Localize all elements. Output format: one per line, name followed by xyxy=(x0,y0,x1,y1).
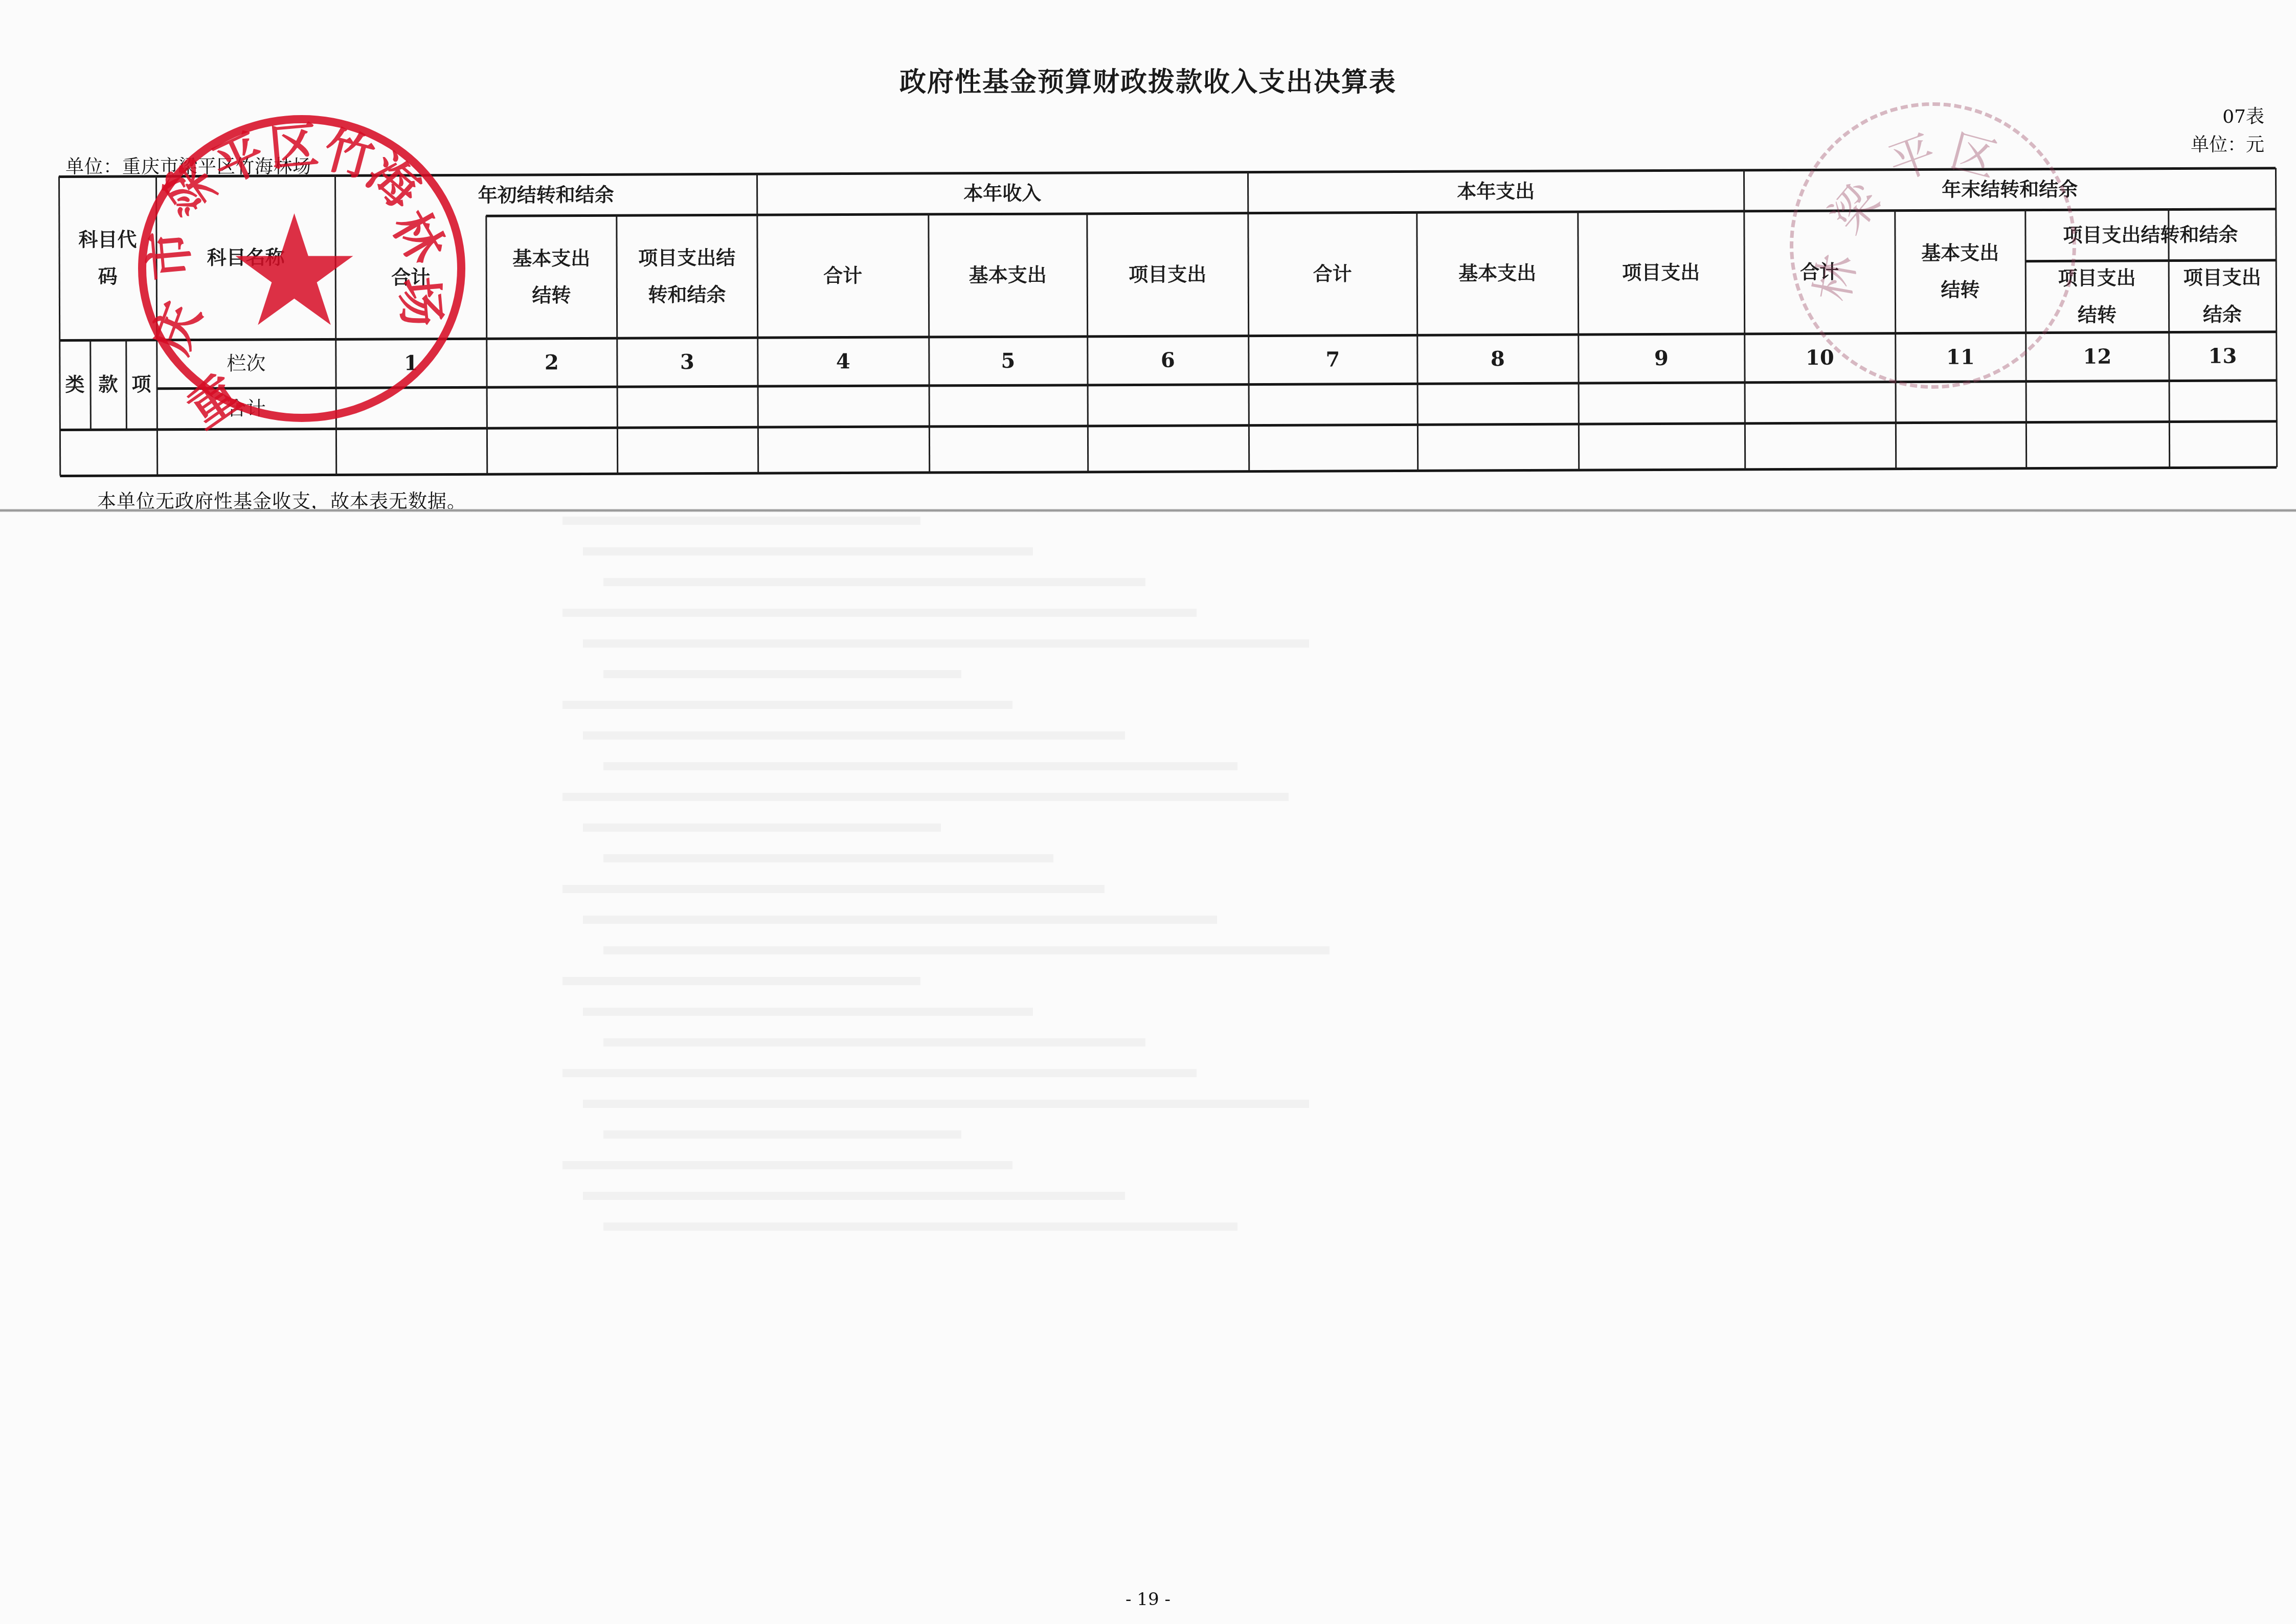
bleed-through-row xyxy=(583,916,1217,924)
column-index-10: 10 xyxy=(1744,333,1895,382)
bleed-through-row xyxy=(603,1130,961,1139)
bleed-through-row xyxy=(603,670,961,678)
group-header-2: 本年收入 xyxy=(757,172,1248,215)
group-header-1: 年初结转和结余 xyxy=(335,174,757,216)
column-header-9: 项目支出 xyxy=(1578,211,1744,334)
bleed-through-row xyxy=(562,885,1105,893)
bleed-through-row xyxy=(562,793,1289,801)
bleed-through-row xyxy=(583,639,1309,648)
bleed-through-row xyxy=(583,547,1033,555)
bleed-through-row xyxy=(562,1161,1012,1169)
table-rule xyxy=(60,466,2277,477)
column-header-2: 基本支出结转 xyxy=(486,215,617,339)
column-index-3: 3 xyxy=(617,338,757,387)
column-header-10: 合计 xyxy=(1744,210,1895,333)
column-index-11: 11 xyxy=(1895,332,2025,382)
column-index-2: 2 xyxy=(486,338,617,387)
subject-code-subcol-1: 类 xyxy=(59,340,91,430)
column-index-9: 9 xyxy=(1578,333,1744,383)
bleed-through-row xyxy=(603,578,1145,586)
bleed-through-row xyxy=(583,824,941,832)
subject-code-subcol-3: 项 xyxy=(126,340,157,429)
scan-fold-line xyxy=(0,509,2296,512)
group-header-4: 年末结转和结余 xyxy=(1744,168,2276,211)
form-number: 07表 xyxy=(2222,102,2264,128)
column-index-5: 5 xyxy=(929,336,1087,385)
column-header-8: 基本支出 xyxy=(1416,212,1578,335)
budget-table: 科目代码类款项科目名称栏次合计年初结转和结余合计1基本支出结转2项目支出结转和结… xyxy=(59,168,2277,476)
subgroup-header: 项目支出结转和结余 xyxy=(2025,209,2276,261)
bleed-through-row xyxy=(562,517,920,525)
bleed-through-row xyxy=(562,977,920,985)
table-rule xyxy=(60,420,2277,431)
column-index-7: 7 xyxy=(1248,335,1417,384)
page-number: - 19 - xyxy=(0,1589,2296,1610)
group-header-3: 本年支出 xyxy=(1248,170,1744,213)
subject-code-header: 科目代码 xyxy=(59,176,156,340)
column-header-13: 项目支出结余 xyxy=(2169,260,2277,332)
column-index-8: 8 xyxy=(1417,335,1578,384)
column-index-4: 4 xyxy=(757,337,929,386)
bleed-through-row xyxy=(562,609,1197,617)
column-header-5: 基本支出 xyxy=(928,213,1087,337)
unit-of-measure: 单位：元 xyxy=(2191,130,2264,157)
total-row-label: 合计 xyxy=(157,388,336,429)
bleed-through-row xyxy=(583,1192,1125,1200)
column-index-13: 13 xyxy=(2169,331,2276,381)
bleed-through-row xyxy=(603,854,1053,862)
column-index-label: 栏次 xyxy=(156,339,335,388)
column-index-1: 1 xyxy=(335,339,486,388)
bleed-through-row xyxy=(562,1069,1197,1077)
subject-name-header: 科目名称 xyxy=(156,175,335,340)
column-header-1: 合计 xyxy=(335,216,486,339)
column-header-7: 合计 xyxy=(1248,212,1417,336)
column-header-3: 项目支出结转和结余 xyxy=(616,215,757,338)
column-header-4: 合计 xyxy=(757,214,929,337)
bleed-through-row xyxy=(562,701,1012,709)
column-index-6: 6 xyxy=(1087,336,1248,385)
column-header-12: 项目支出结转 xyxy=(2025,260,2169,332)
bleed-through-row xyxy=(583,1100,1309,1108)
bleed-through-row xyxy=(603,762,1237,770)
column-header-6: 项目支出 xyxy=(1087,213,1248,336)
bleed-through-row xyxy=(603,1222,1237,1231)
subject-code-subcol-2: 款 xyxy=(90,340,126,429)
bleed-through-row xyxy=(583,731,1125,740)
column-header-11: 基本支出结转 xyxy=(1895,210,2025,333)
bleed-through-row xyxy=(603,946,1330,954)
document-title: 政府性基金预算财政拨款收入支出决算表 xyxy=(0,60,2296,99)
bleed-through-row xyxy=(603,1038,1145,1047)
column-index-12: 12 xyxy=(2025,332,2169,381)
bleed-through-row xyxy=(583,1008,1033,1016)
